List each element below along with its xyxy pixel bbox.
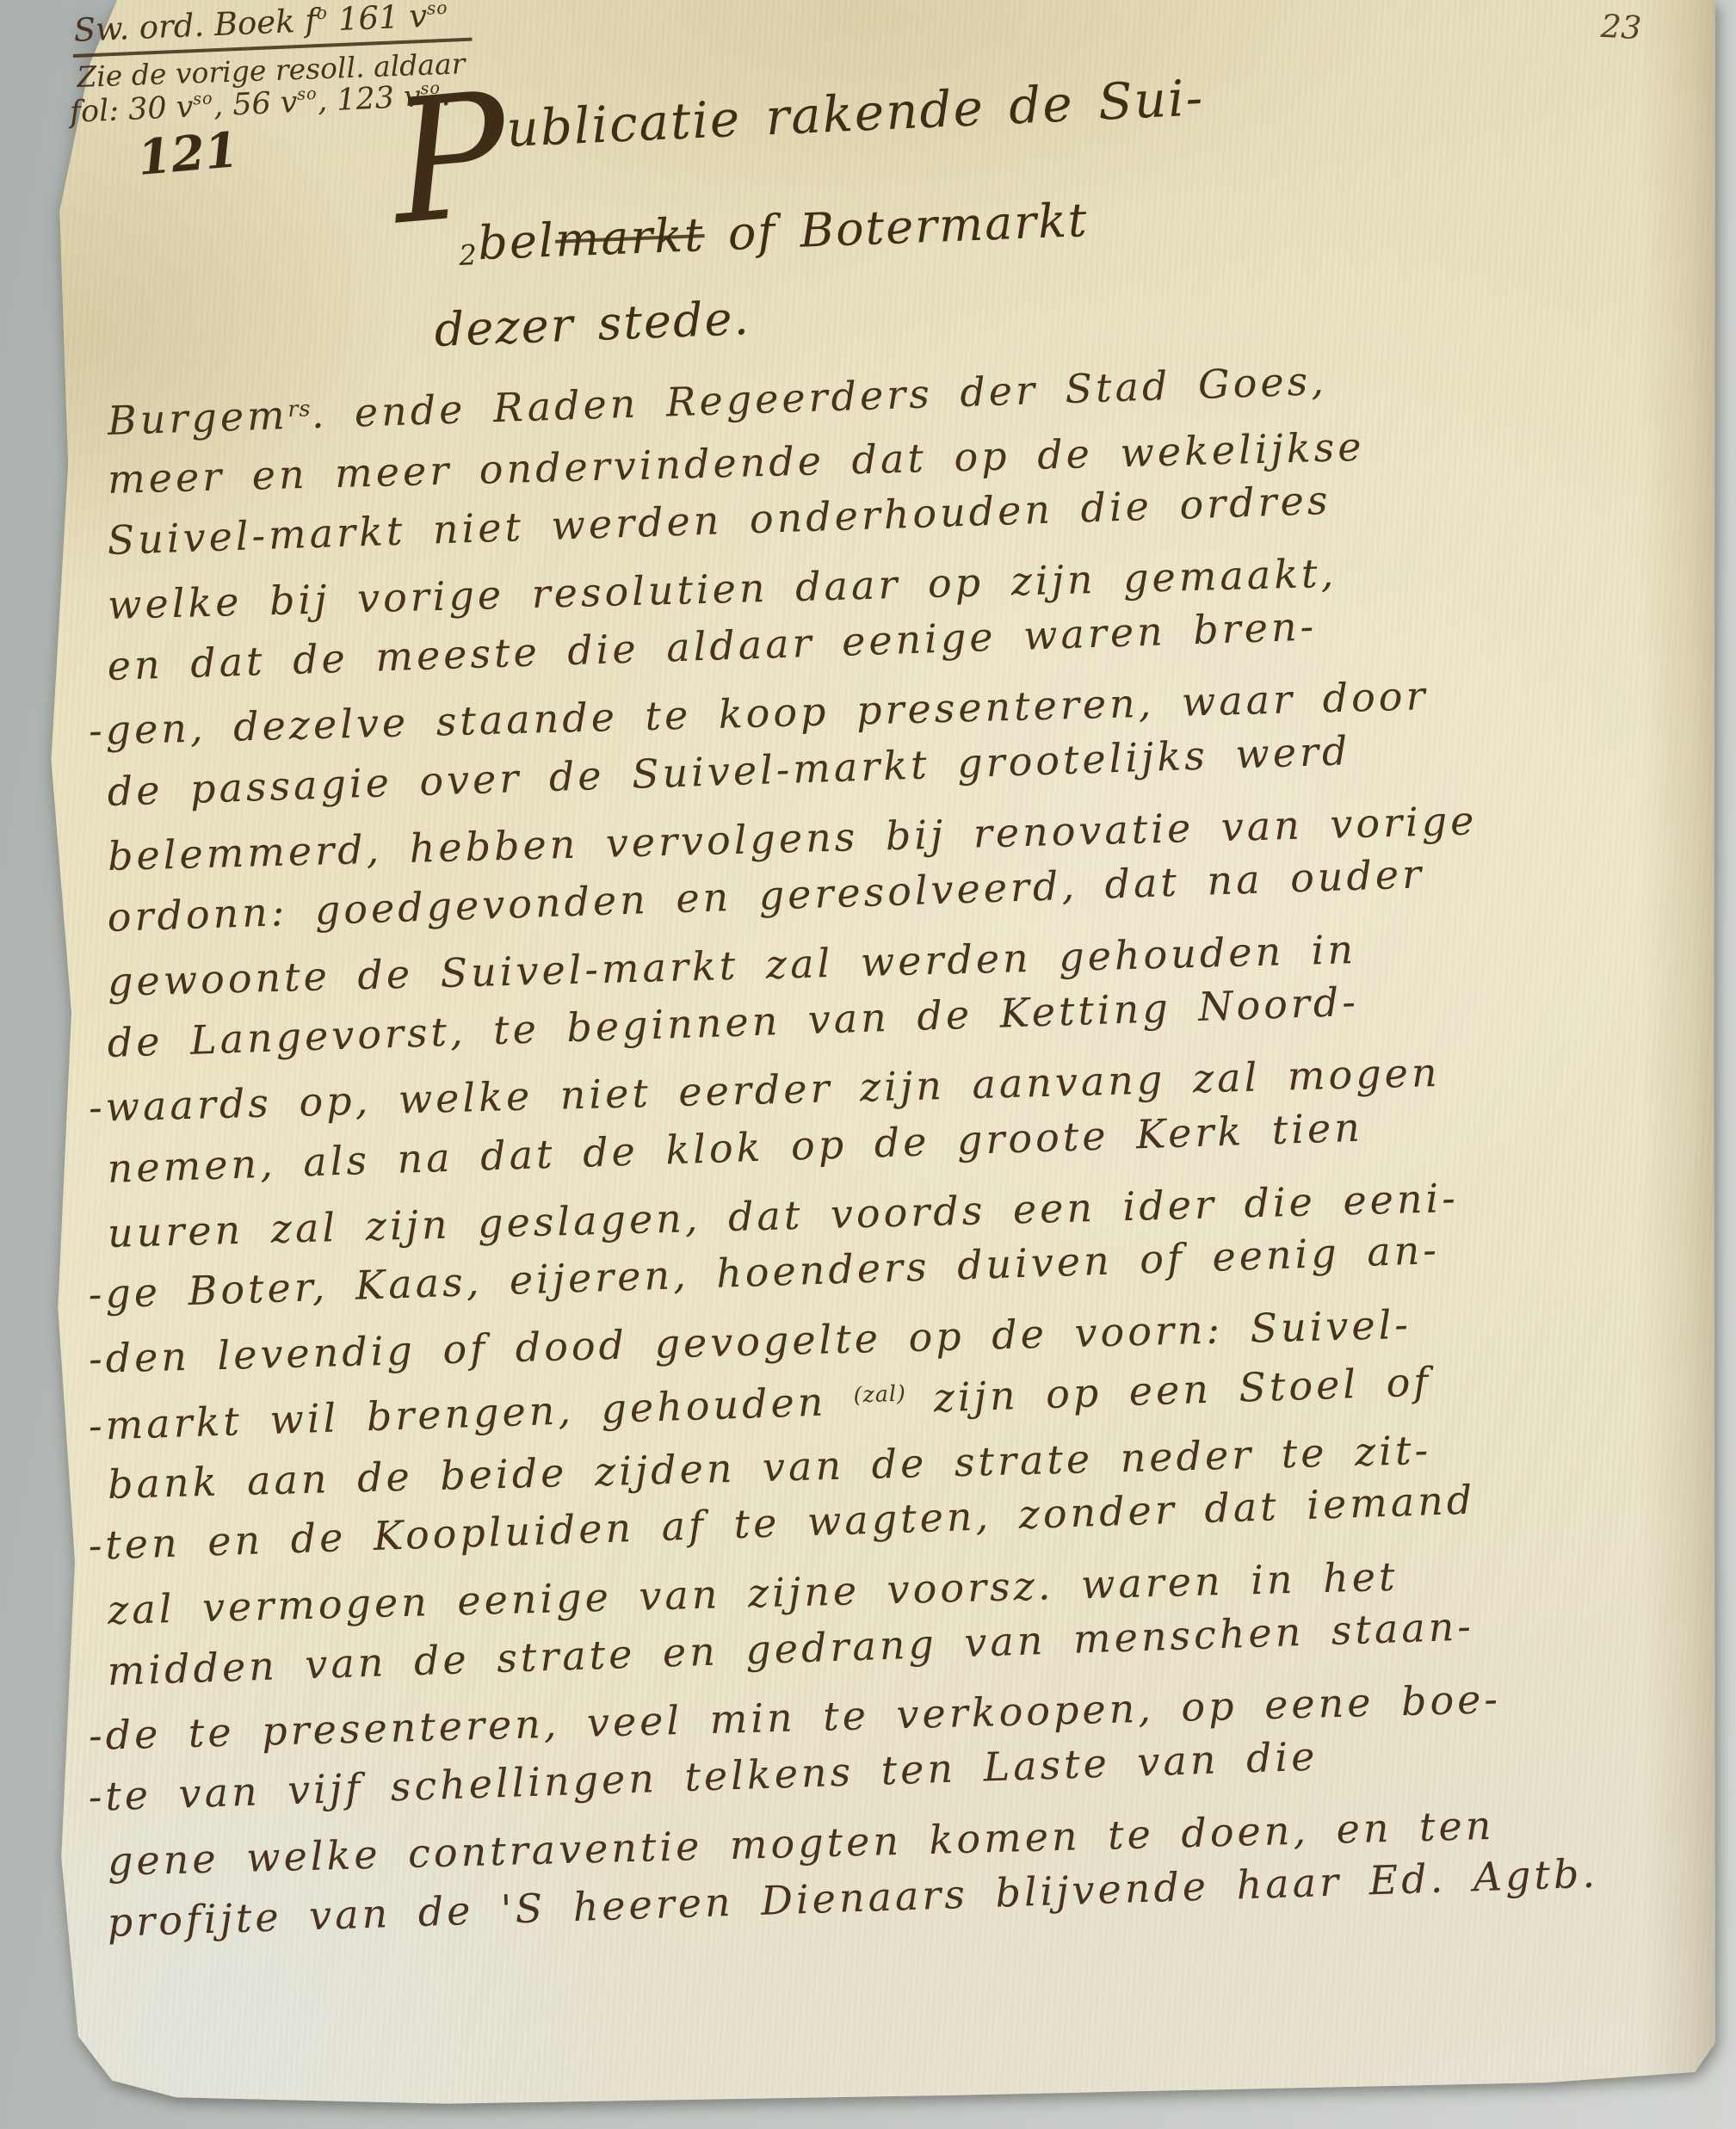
body-text: Burgemrs. ende Raden Regeerders der Stad… [108,384,1683,1954]
text-segment: 2 [459,238,479,272]
paper-sheet: Sw. ord. Boek fo 161 vso Zie de vorige r… [24,0,1715,2110]
text-segment: fol: 30 v [69,90,194,130]
margin-number: 121 [135,121,240,187]
text-segment: Sw. ord. Boek f [73,2,318,49]
scanned-page: Sw. ord. Boek fo 161 vso Zie de vorige r… [0,0,1736,2129]
text-segment: zijn op een Stoel of [905,1358,1432,1422]
text-segment: so [193,88,213,108]
text-segment: so [426,0,448,19]
text-segment: 161 v [327,0,428,39]
text-segment: Burgem [107,392,288,444]
text-segment: , 56 v [213,85,298,123]
text-segment: rs [287,396,312,422]
text-segment: bel [477,213,556,270]
text-segment: markt [554,207,706,268]
page-number: 23 [1600,8,1642,46]
text-segment: so [297,83,318,104]
text-segment: o [316,3,328,24]
text-segment: (zal) [853,1381,906,1408]
